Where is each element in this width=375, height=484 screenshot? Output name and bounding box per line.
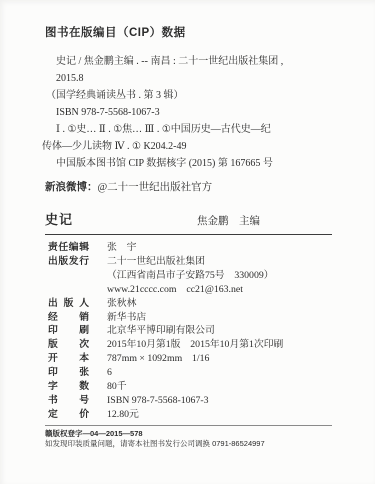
- row-value: 新华书店: [107, 311, 146, 325]
- book-author: 焦金鹏 主编: [197, 213, 260, 228]
- row-label: 定价: [48, 408, 89, 422]
- table-row: （江西省南昌市子安路75号 330009）: [48, 269, 332, 283]
- table-row: 印刷 北京华平博印刷有限公司: [48, 324, 332, 338]
- license-number: 赣版权登字—04—2015—578: [45, 429, 332, 439]
- row-value: 北京华平博印刷有限公司: [107, 324, 215, 338]
- cip-header: 图书在版编目（CIP）数据: [45, 24, 332, 40]
- table-row: 经销 新华书店: [48, 311, 332, 325]
- colophon-page: 图书在版编目（CIP）数据 史记 / 焦金鹏主编 . -- 南昌 : 二十一世纪…: [0, 0, 375, 484]
- row-label: 责任编辑: [48, 241, 89, 255]
- cip-line: ISBN 978-7-5568-1067-3: [45, 104, 332, 121]
- row-value: 张秋林: [107, 297, 136, 311]
- weibo-account: @二十一世纪出版社官方: [98, 182, 213, 193]
- cip-line: Ⅰ . ①史… Ⅱ . ①焦… Ⅲ . ①中国历史—古代史—纪: [45, 121, 332, 138]
- cip-line: （国学经典诵读丛书 . 第 3 辑）: [45, 87, 332, 104]
- row-label: 出版人: [48, 297, 89, 311]
- cip-line: 史记 / 焦金鹏主编 . -- 南昌 : 二十一世纪出版社集团 ,: [45, 53, 332, 70]
- footer: 赣版权登字—04—2015—578 如发现印装质量问题，请寄本社图书发行公司调换…: [45, 426, 332, 449]
- cip-data-block: 史记 / 焦金鹏主编 . -- 南昌 : 二十一世纪出版社集团 , 2015.8…: [45, 53, 332, 172]
- table-row: 责任编辑 张 宇: [48, 241, 332, 255]
- row-value: 12.80元: [107, 408, 139, 422]
- row-value: （江西省南昌市子安路75号 330009）: [107, 269, 274, 283]
- row-value: 80千: [107, 380, 127, 394]
- row-label: 出版发行: [48, 255, 89, 269]
- row-label: [48, 269, 89, 283]
- row-value: 787mm × 1092mm 1/16: [107, 352, 209, 366]
- row-label: 印刷: [48, 324, 89, 338]
- row-label: 印张: [48, 366, 89, 380]
- table-row: 书号 ISBN 978-7-5568-1067-3: [48, 394, 332, 408]
- cip-line: 中国版本图书馆 CIP 数据核字 (2015) 第 167665 号: [45, 155, 332, 172]
- cip-line: 传体—少儿读物 Ⅳ . ① K204.2-49: [42, 138, 332, 155]
- row-value: 2015年10月第1版 2015年10月第1次印刷: [107, 338, 283, 352]
- row-value: 6: [107, 366, 112, 380]
- table-row: 字数 80千: [48, 380, 332, 394]
- quality-notice: 如发现印装质量问题，请寄本社图书发行公司调换 0791-86524997: [45, 439, 332, 449]
- row-value: 二十一世纪出版社集团: [107, 255, 205, 269]
- table-row: www.21cccc.com cc21@163.net: [48, 283, 332, 297]
- table-row: 版次 2015年10月第1版 2015年10月第1次印刷: [48, 338, 332, 352]
- title-row: 史记 焦金鹏 主编: [45, 209, 332, 235]
- weibo-line: 新浪微博：@二十一世纪出版社官方: [45, 181, 332, 194]
- table-row: 出版发行 二十一世纪出版社集团: [48, 255, 332, 269]
- book-title: 史记: [45, 209, 73, 228]
- row-label: [48, 283, 89, 297]
- table-row: 印张 6: [48, 366, 332, 380]
- colophon-table: 责任编辑 张 宇 出版发行 二十一世纪出版社集团 （江西省南昌市子安路75号 3…: [45, 241, 332, 422]
- row-value: 张 宇: [107, 241, 136, 255]
- table-row: 出版人 张秋林: [48, 297, 332, 311]
- row-label: 经销: [48, 311, 89, 325]
- row-label: 版次: [48, 338, 89, 352]
- weibo-label: 新浪微博：: [45, 181, 98, 193]
- row-value: www.21cccc.com cc21@163.net: [107, 283, 243, 297]
- row-label: 开本: [48, 352, 89, 366]
- cip-line: 2015.8: [45, 70, 332, 87]
- table-row: 定价 12.80元: [48, 408, 332, 422]
- row-label: 书号: [48, 394, 89, 408]
- row-value: ISBN 978-7-5568-1067-3: [107, 394, 209, 408]
- table-row: 开本 787mm × 1092mm 1/16: [48, 352, 332, 366]
- row-label: 字数: [48, 380, 89, 394]
